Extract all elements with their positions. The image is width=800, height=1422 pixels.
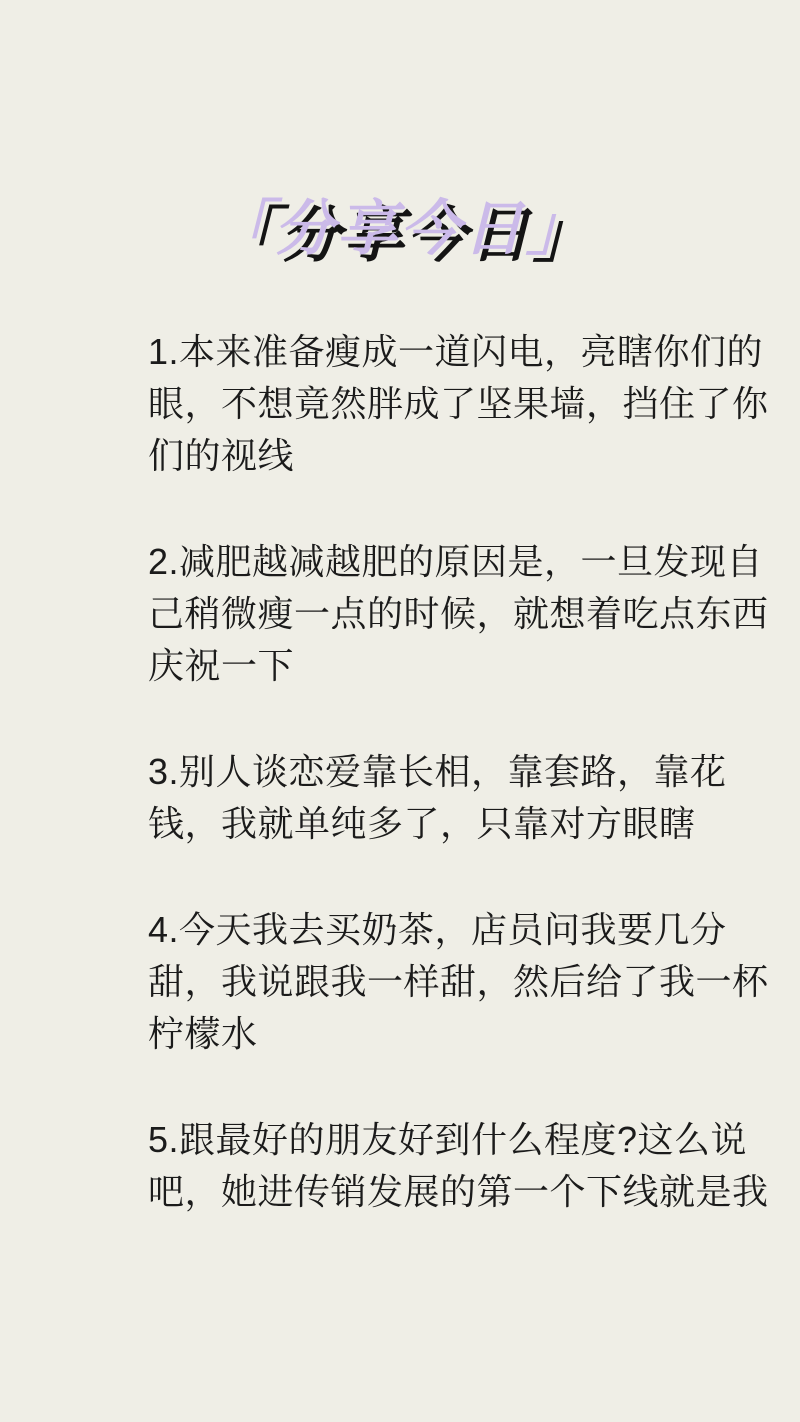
joke-item-3: 3.别人谈恋爱靠长相，靠套路，靠花 钱，我就单纯多了，只靠对方眼瞎 [148,746,662,850]
joke-line: 吧，她进传销发展的第一个下线就是我 [148,1166,662,1218]
joke-item-2: 2.减肥越减越肥的原因是，一旦发现自 己稍微瘦一点的时候，就想着吃点东西 庆祝一… [148,536,662,692]
joke-line: 4.今天我去买奶茶，店员问我要几分 [148,904,662,956]
share-card: 「分享今日」 1.本来准备瘦成一道闪电，亮瞎你们的 眼，不想竟然胖成了坚果墙，挡… [0,0,800,1422]
joke-line: 己稍微瘦一点的时候，就想着吃点东西 [148,588,662,640]
joke-line: 钱，我就单纯多了，只靠对方眼瞎 [148,798,662,850]
page-title: 「分享今日」 [0,196,800,262]
joke-line: 庆祝一下 [148,640,662,692]
joke-line: 3.别人谈恋爱靠长相，靠套路，靠花 [148,746,662,798]
joke-line: 们的视线 [148,430,662,482]
jokes-list: 1.本来准备瘦成一道闪电，亮瞎你们的 眼，不想竟然胖成了坚果墙，挡住了你 们的视… [148,326,662,1272]
joke-line: 柠檬水 [148,1008,662,1060]
joke-line: 甜，我说跟我一样甜，然后给了我一杯 [148,956,662,1008]
joke-line: 1.本来准备瘦成一道闪电，亮瞎你们的 [148,326,662,378]
joke-line: 5.跟最好的朋友好到什么程度?这么说 [148,1114,662,1166]
joke-item-4: 4.今天我去买奶茶，店员问我要几分 甜，我说跟我一样甜，然后给了我一杯 柠檬水 [148,904,662,1060]
joke-line: 2.减肥越减越肥的原因是，一旦发现自 [148,536,662,588]
joke-item-5: 5.跟最好的朋友好到什么程度?这么说 吧，她进传销发展的第一个下线就是我 [148,1114,662,1218]
joke-line: 眼，不想竟然胖成了坚果墙，挡住了你 [148,378,662,430]
joke-item-1: 1.本来准备瘦成一道闪电，亮瞎你们的 眼，不想竟然胖成了坚果墙，挡住了你 们的视… [148,326,662,482]
